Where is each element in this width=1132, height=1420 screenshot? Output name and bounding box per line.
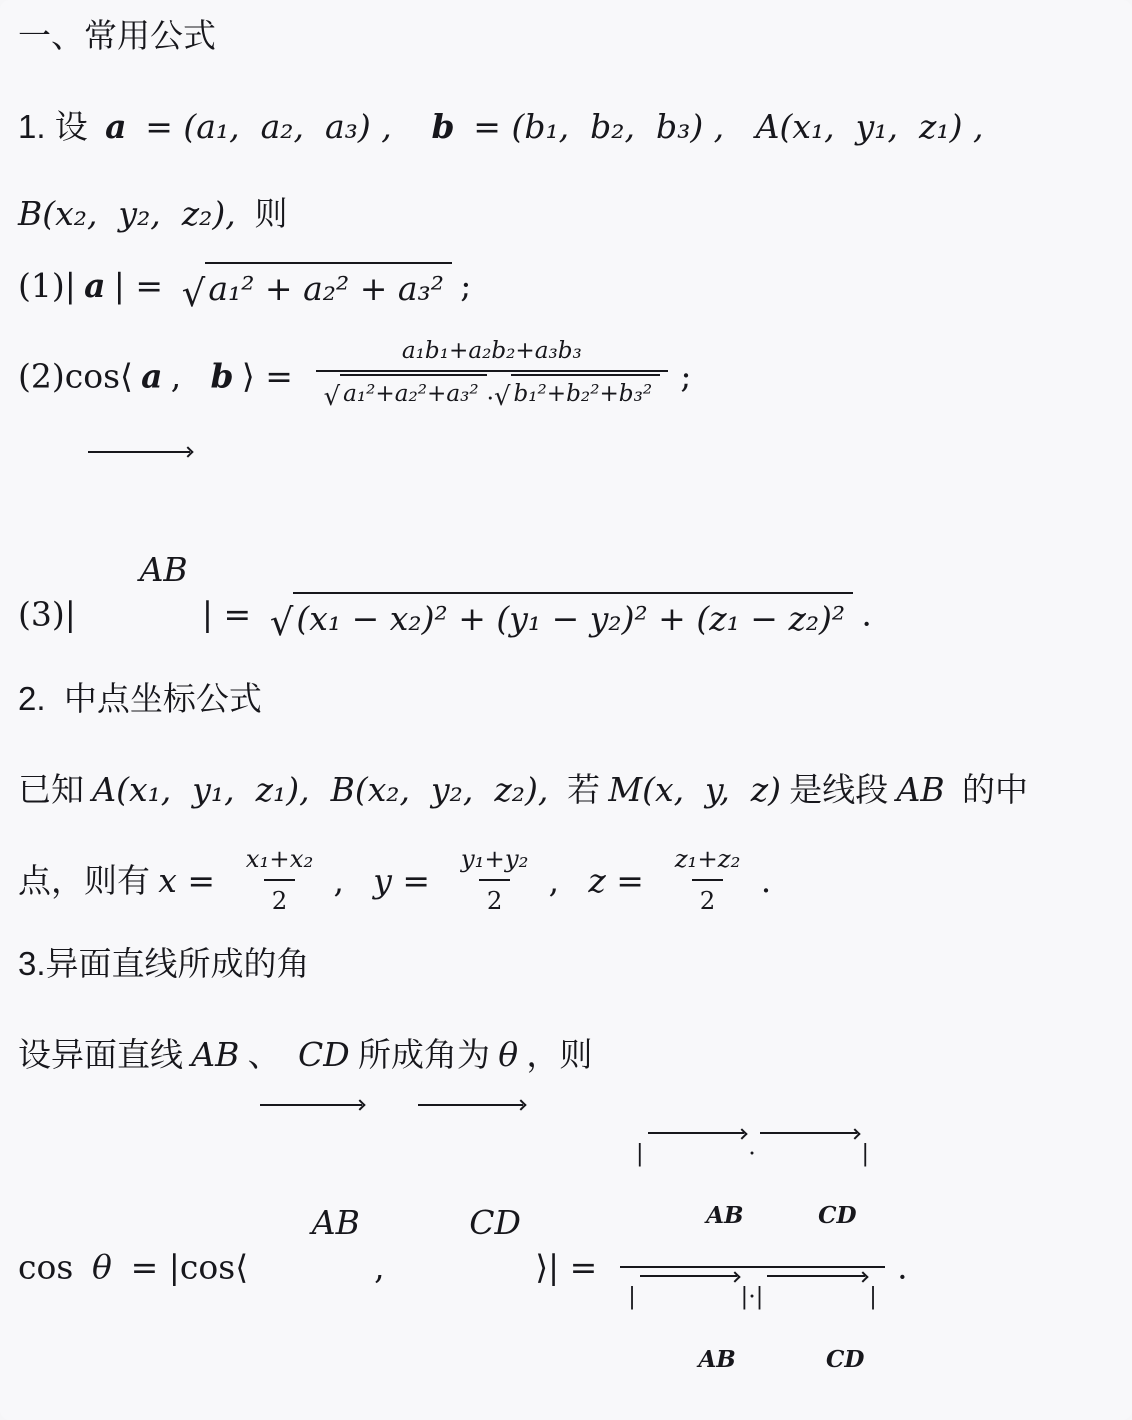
section-1-heading: 一、常用公式 — [18, 14, 1112, 59]
radicand: a₁²+a₂²+a₃² — [340, 374, 487, 410]
math-notes-document: 一、常用公式 1. 设 a = (a₁, a₂, a₃) , b = (b₁, … — [0, 0, 1132, 1420]
sqrt-icon: √ — [182, 276, 206, 313]
section-1-title: 一、常用公式 — [18, 17, 216, 54]
theta-symbol: θ — [498, 1035, 518, 1074]
period: . — [761, 861, 772, 900]
vector-b-symbol: b — [431, 107, 454, 146]
vector-arrow-icon — [767, 1275, 865, 1277]
angle-text: 所成角为 — [358, 1036, 490, 1073]
vector-arrow-icon — [760, 1132, 858, 1134]
vector-a-symbol: a — [141, 356, 162, 395]
then-text: ，则 — [526, 1036, 592, 1073]
equals-sign: ⟩| = — [535, 1248, 608, 1287]
radicand: a₁² + a₂² + a₃² — [205, 262, 452, 312]
formula-3-distance: (3)| AB | = √ (x₁ − x₂)² + (y₁ − y₂)² + … — [18, 445, 1112, 643]
vector-arrow-icon — [648, 1132, 745, 1134]
comma: , — [171, 356, 202, 395]
fraction-denominator: √ a₁²+a₂²+a₃² · √ b₁²+b₂²+b₃² — [316, 370, 668, 415]
cos-text: cos — [18, 1248, 84, 1287]
dot-operator: · — [487, 384, 494, 415]
sqrt-icon: √ — [324, 385, 340, 411]
formula-1-magnitude: (1)| a | = √ a₁² + a₂² + a₃² ; — [18, 264, 1112, 314]
vector-ab-label: AB — [312, 1203, 360, 1242]
equals-sign: ⟩ = — [242, 356, 304, 395]
arrowhead-icon — [182, 447, 193, 458]
points-ab-coordinates: A(x₁, y₁, z₁), B(x₂, y₂, z₂), — [92, 770, 559, 809]
then-text: 则 — [255, 195, 288, 232]
fraction-denominator: 2 — [264, 879, 296, 918]
sqrt-expression: √ a₁² + a₂² + a₃² — [182, 262, 452, 312]
equals-abs-cos: = |cos⟨ — [120, 1248, 248, 1287]
formula-1-label: (1)| — [18, 266, 76, 305]
vector-ab: AB — [646, 1128, 747, 1262]
comma: , — [334, 861, 365, 900]
vector-ab-label: AB — [706, 1202, 743, 1229]
y-equals: y = — [373, 861, 440, 900]
formula-2-label: (2)cos⟨ — [18, 356, 133, 395]
y-fraction: y₁+y₂ 2 — [453, 843, 537, 918]
abs-bar: | — [861, 1139, 869, 1170]
arrowhead-icon — [515, 1099, 526, 1110]
vector-ab: AB — [86, 445, 192, 638]
suppose-text: 设异面直线 — [18, 1036, 183, 1073]
period: . — [897, 1248, 908, 1287]
sqrt-expression: √ (x₁ − x₂)² + (y₁ − y₂)² + (z₁ − z₂)² — [270, 592, 853, 642]
vector-cd: CD — [758, 1128, 860, 1262]
fraction-numerator: y₁+y₂ — [453, 843, 537, 879]
sqrt-expression: √ a₁²+a₂²+a₃² — [324, 374, 487, 410]
sqrt-icon: √ — [494, 385, 510, 411]
setup-line-1: 1. 设 a = (a₁, a₂, a₃) , b = (b₁, b₂, b₃)… — [18, 105, 1112, 151]
vector-cd-label: CD — [818, 1202, 856, 1229]
vector-arrow-icon — [640, 1275, 737, 1277]
setup-line-2: B(x₂, y₂, z₂), 则 — [18, 192, 1112, 238]
section-3-title: 3.异面直线所成的角 — [18, 945, 310, 982]
semicolon: ; — [680, 356, 691, 395]
vector-ab-label: AB — [140, 550, 188, 589]
vector-arrow-icon — [418, 1104, 523, 1106]
abs-bar: | — [869, 1282, 877, 1313]
z-equals: z = — [588, 861, 654, 900]
line-cd-label: CD — [298, 1035, 350, 1074]
point-m-coordinates: M(x, y, z) — [608, 770, 781, 809]
vector-ab: AB — [258, 1098, 364, 1291]
period: . — [861, 595, 872, 634]
z-fraction: z₁+z₂ 2 — [667, 843, 749, 918]
line-ab-label: AB — [191, 1035, 239, 1074]
vector-cd-label: CD — [469, 1203, 521, 1242]
segment-text: 是线段 — [789, 771, 888, 808]
cosine-ratio-fraction: | AB · CD | | AB |·| — [620, 1128, 885, 1406]
arrowhead-icon — [857, 1271, 868, 1282]
x-fraction: x₁+x₂ 2 — [238, 843, 322, 918]
vector-cd: CD — [416, 1098, 525, 1291]
abs-bar: | — [636, 1139, 644, 1170]
fraction-numerator: x₁+x₂ — [238, 843, 322, 879]
vector-arrow-icon — [260, 1104, 362, 1106]
given-text: 已知 — [18, 771, 84, 808]
radicand: (x₁ − x₂)² + (y₁ − y₂)² + (z₁ − z₂)² — [293, 592, 853, 642]
x-equals: x = — [158, 861, 225, 900]
arrowhead-icon — [850, 1128, 861, 1139]
comma: , — [374, 1248, 405, 1287]
theta-symbol: θ — [92, 1248, 112, 1287]
dot-product-fraction: a₁b₁+a₂b₂+a₃b₃ √ a₁²+a₂²+a₃² · √ b₁²+b₂²… — [316, 336, 668, 416]
midpoint-line-1: 已知 A(x₁, y₁, z₁), B(x₂, y₂, z₂), 若 M(x, … — [18, 768, 1112, 814]
fraction-denominator: 2 — [692, 879, 724, 918]
vector-a-symbol: a — [105, 107, 126, 146]
sqrt-icon: √ — [270, 605, 294, 642]
midpoint-line-2: 点，则有 x = x₁+x₂ 2 , y = y₁+y₂ 2 , z = z₁+… — [18, 847, 1112, 922]
fraction-denominator: 2 — [479, 879, 511, 918]
vector-cd-label: CD — [826, 1346, 864, 1373]
vector-b-symbol: b — [211, 356, 234, 395]
vector-b-and-point-a: = (b₁, b₂, b₃) , A(x₁, y₁, z₁) , — [463, 107, 984, 146]
equals-sign: | = — [202, 595, 262, 634]
vector-a-components: = (a₁, a₂, a₃) , — [135, 107, 423, 146]
midpoint-text: 的中 — [953, 771, 1028, 808]
setup-prefix: 1. 设 — [18, 108, 97, 145]
fraction-numerator: z₁+z₂ — [667, 843, 749, 879]
section-2-heading: 2. 中点坐标公式 — [18, 677, 1112, 722]
if-text: 若 — [567, 771, 600, 808]
equals-sign: | = — [114, 266, 174, 305]
vector-ab: AB — [638, 1272, 739, 1406]
abs-bars-dot: |·| — [741, 1282, 764, 1313]
formula-2-cosine: (2)cos⟨ a , b ⟩ = a₁b₁+a₂b₂+a₃b₃ √ a₁²+a… — [18, 340, 1112, 420]
vector-arrow-icon — [88, 451, 190, 453]
skew-lines-setup: 设异面直线 AB 、 CD 所成角为 θ ，则 — [18, 1033, 1112, 1079]
segment-ab-label: AB — [897, 770, 945, 809]
abs-bar: | — [628, 1282, 636, 1313]
enumeration-comma: 、 — [248, 1036, 290, 1073]
semicolon: ; — [460, 266, 471, 305]
point-b-coordinates: B(x₂, y₂, z₂), — [18, 194, 246, 233]
dot-operator: · — [748, 1139, 755, 1170]
section-3-heading: 3.异面直线所成的角 — [18, 942, 1112, 987]
then-have-text: 点，则有 — [18, 862, 150, 899]
formula-3-label: (3)| — [18, 595, 76, 634]
fraction-denominator: | AB |·| CD | — [620, 1266, 885, 1406]
comma: , — [549, 861, 580, 900]
fraction-numerator: | AB · CD | — [628, 1128, 877, 1265]
sqrt-expression: √ b₁²+b₂²+b₃² — [494, 374, 660, 410]
fraction-numerator: a₁b₁+a₂b₂+a₃b₃ — [394, 336, 590, 370]
vector-cd: CD — [765, 1272, 867, 1406]
arrowhead-icon — [354, 1099, 365, 1110]
skew-angle-formula: cos θ = |cos⟨ AB , CD ⟩| = | AB · CD — [18, 1098, 1112, 1410]
arrowhead-icon — [729, 1271, 740, 1282]
vector-a-symbol: a — [84, 266, 105, 305]
section-2-title: 2. 中点坐标公式 — [18, 680, 262, 717]
arrowhead-icon — [737, 1128, 748, 1139]
radicand: b₁²+b₂²+b₃² — [511, 374, 661, 410]
vector-ab-label: AB — [698, 1346, 735, 1373]
